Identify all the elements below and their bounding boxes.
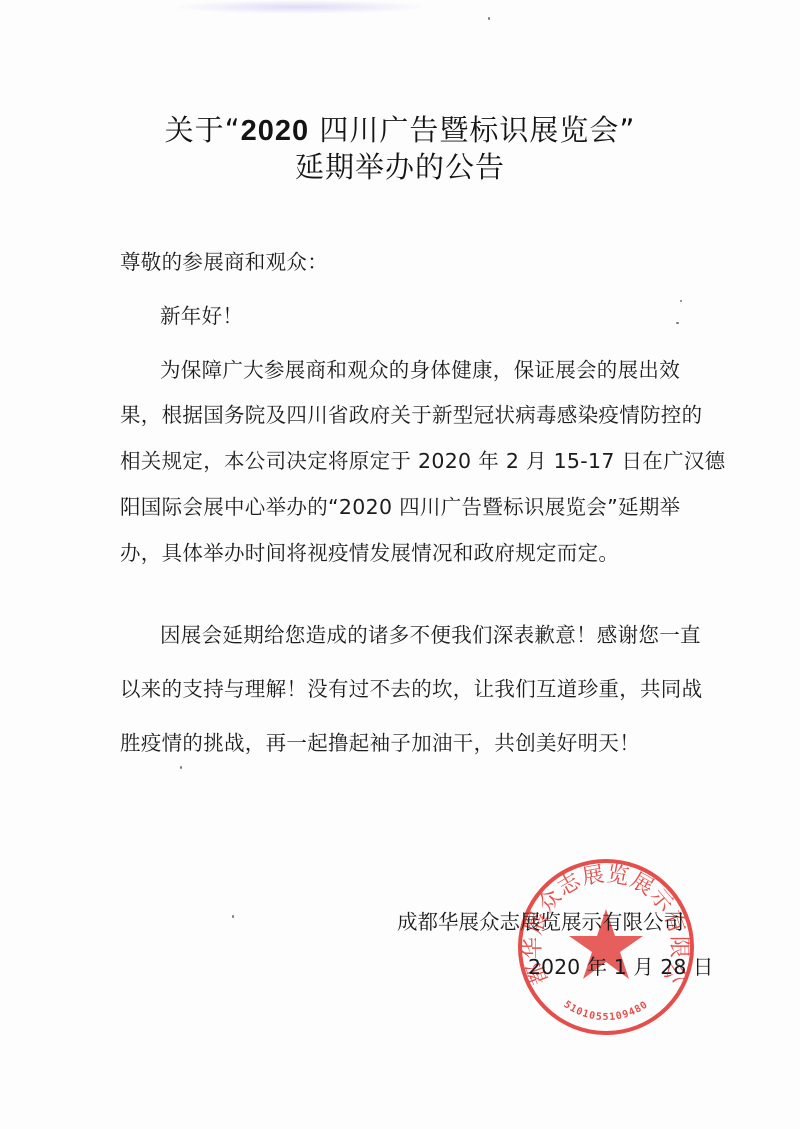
- signature-date: 2020 年 1 月 28 日: [528, 950, 713, 980]
- scan-speck: [680, 300, 682, 302]
- title-year: 2020: [241, 115, 310, 147]
- scan-artifact: [170, 0, 430, 14]
- paragraph-line: 胜疫情的挑战，再一起撸起袖子加油干，共创美好明天！: [120, 726, 640, 756]
- signature-company: 成都华展众志展览展示有限公司: [397, 905, 684, 935]
- paragraph-line: 阳国际会展中心举办的“2020 四川广告暨标识展览会”延期举: [120, 490, 680, 520]
- scan-speck: [180, 766, 182, 769]
- scan-speck: [488, 17, 490, 20]
- paragraph-line: 相关规定，本公司决定将原定于 2020 年 2 月 15-17 日在广汉德: [120, 444, 725, 474]
- paragraph-line: 以来的支持与理解！没有过不去的坎，让我们互道珍重，共同战: [120, 672, 702, 702]
- company-seal-stamp: 成都华展众志展览展示有限公司 5101055109480: [516, 857, 696, 1037]
- paragraph-line: 为保障广大参展商和观众的身体健康，保证展会的展出效: [160, 353, 680, 383]
- paragraph-line: 果，根据国务院及四川省政府关于新型冠状病毒感染疫情防控的: [120, 398, 702, 428]
- title-suffix: 四川广告暨标识展览会”: [309, 113, 635, 147]
- title-line-2: 延期举办的公告: [0, 145, 800, 186]
- title-line-1: 关于“2020 四川广告暨标识展览会”: [0, 108, 800, 149]
- salutation: 尊敬的参展商和观众：: [120, 245, 328, 275]
- scan-speck: [232, 915, 234, 918]
- scan-speck: [676, 322, 679, 324]
- title-prefix: 关于“: [165, 113, 241, 147]
- greeting: 新年好！: [160, 299, 243, 329]
- paragraph-line: 因展会延期给您造成的诸多不便我们深表歉意！感谢您一直: [160, 618, 701, 648]
- paragraph-line: 办，具体举办时间将视疫情发展情况和政府规定而定。: [120, 536, 619, 566]
- svg-text:5101055109480: 5101055109480: [562, 999, 651, 1023]
